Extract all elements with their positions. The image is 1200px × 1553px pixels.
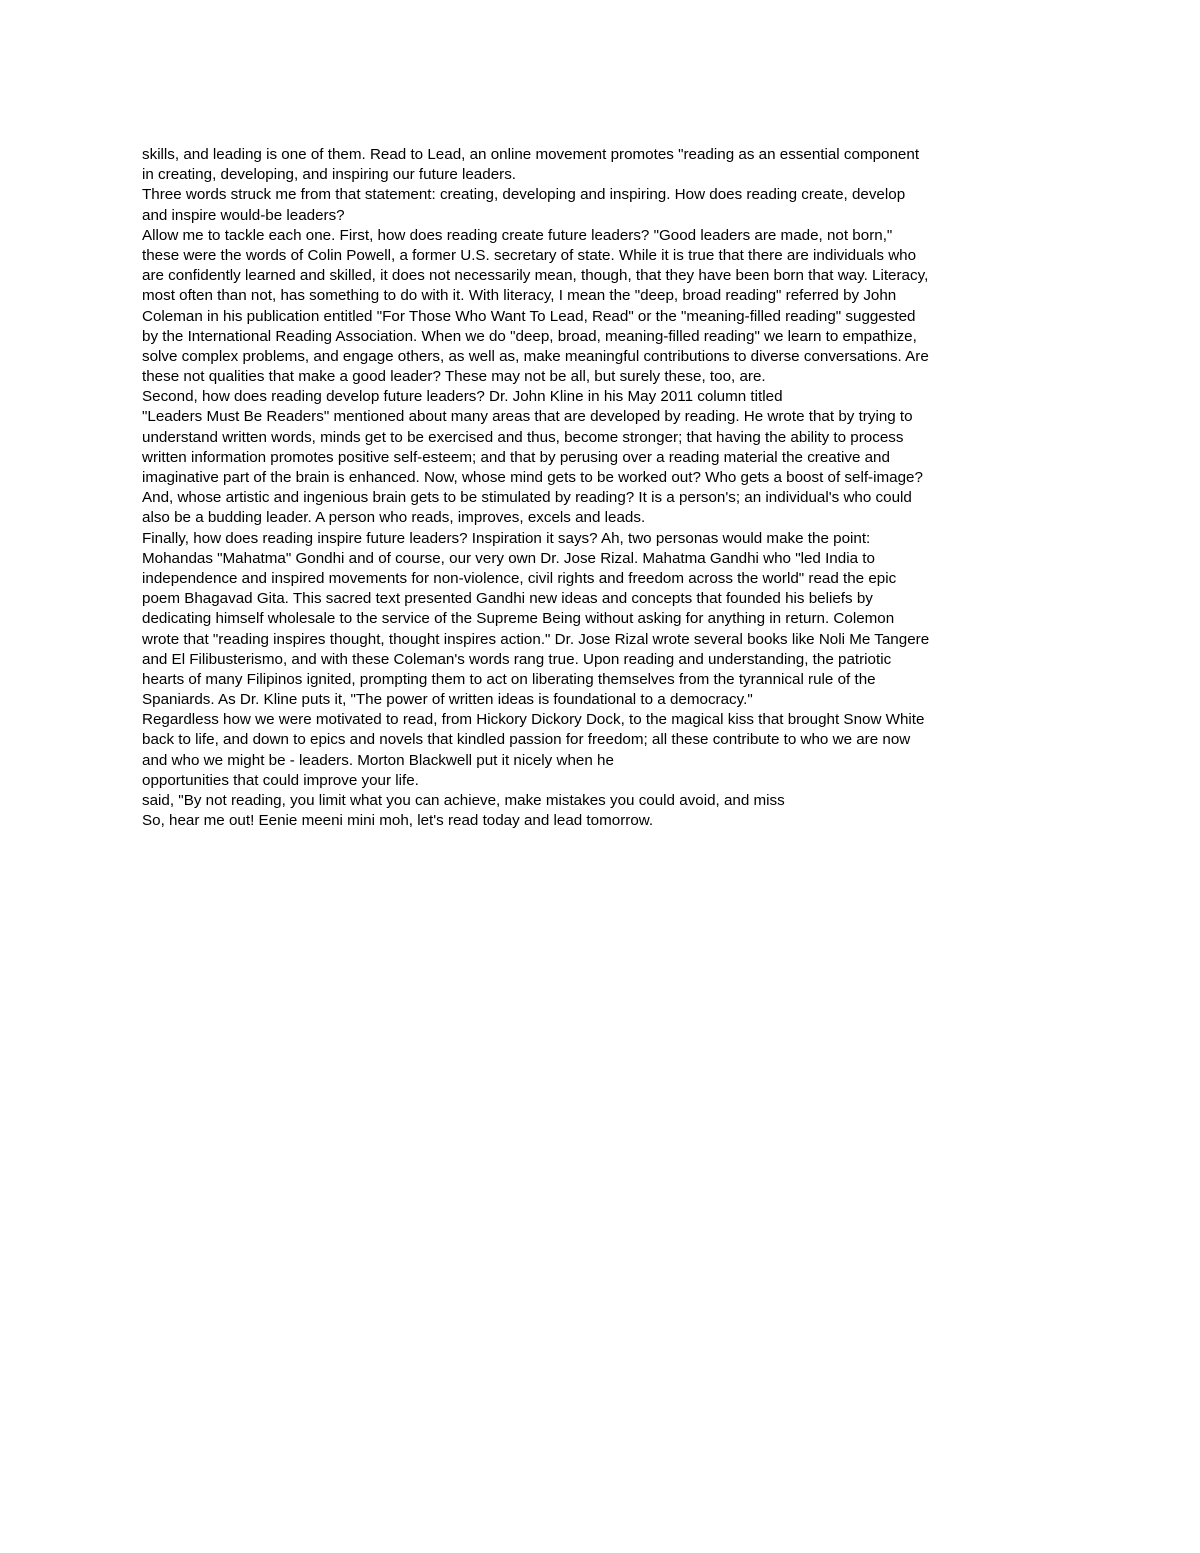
text-line: So, hear me out! Eenie meeni mini moh, l…	[142, 811, 1082, 831]
text-line: And, whose artistic and ingenious brain …	[142, 488, 1082, 508]
text-line: wrote that "reading inspires thought, th…	[142, 630, 1082, 650]
text-line: Finally, how does reading inspire future…	[142, 529, 1082, 549]
text-line: understand written words, minds get to b…	[142, 428, 1082, 448]
text-line: opportunities that could improve your li…	[142, 771, 1082, 791]
text-line: Mohandas "Mahatma" Gondhi and of course,…	[142, 549, 1082, 569]
text-line: in creating, developing, and inspiring o…	[142, 165, 1082, 185]
text-line: Regardless how we were motivated to read…	[142, 710, 1082, 730]
text-line: by the International Reading Association…	[142, 327, 1082, 347]
text-line: "Leaders Must Be Readers" mentioned abou…	[142, 407, 1082, 427]
text-line: Second, how does reading develop future …	[142, 387, 1082, 407]
text-line: skills, and leading is one of them. Read…	[142, 145, 1082, 165]
text-line: written information promotes positive se…	[142, 448, 1082, 468]
text-line: most often than not, has something to do…	[142, 286, 1082, 306]
text-line: these were the words of Colin Powell, a …	[142, 246, 1082, 266]
document-text: skills, and leading is one of them. Read…	[142, 145, 1082, 831]
text-line: and who we might be - leaders. Morton Bl…	[142, 751, 1082, 771]
text-line: are confidently learned and skilled, it …	[142, 266, 1082, 286]
text-line: and El Filibusterismo, and with these Co…	[142, 650, 1082, 670]
text-line: these not qualities that make a good lea…	[142, 367, 1082, 387]
text-line: Coleman in his publication entitled "For…	[142, 307, 1082, 327]
document-page: skills, and leading is one of them. Read…	[0, 0, 1200, 1553]
text-line: imaginative part of the brain is enhance…	[142, 468, 1082, 488]
text-line: Three words struck me from that statemen…	[142, 185, 1082, 205]
text-line: Allow me to tackle each one. First, how …	[142, 226, 1082, 246]
text-line: independence and inspired movements for …	[142, 569, 1082, 589]
text-line: also be a budding leader. A person who r…	[142, 508, 1082, 528]
text-line: and inspire would-be leaders?	[142, 206, 1082, 226]
text-line: back to life, and down to epics and nove…	[142, 730, 1082, 750]
text-line: Spaniards. As Dr. Kline puts it, "The po…	[142, 690, 1082, 710]
text-line: said, "By not reading, you limit what yo…	[142, 791, 1082, 811]
text-line: dedicating himself wholesale to the serv…	[142, 609, 1082, 629]
text-line: poem Bhagavad Gita. This sacred text pre…	[142, 589, 1082, 609]
text-line: solve complex problems, and engage other…	[142, 347, 1082, 367]
text-line: hearts of many Filipinos ignited, prompt…	[142, 670, 1082, 690]
